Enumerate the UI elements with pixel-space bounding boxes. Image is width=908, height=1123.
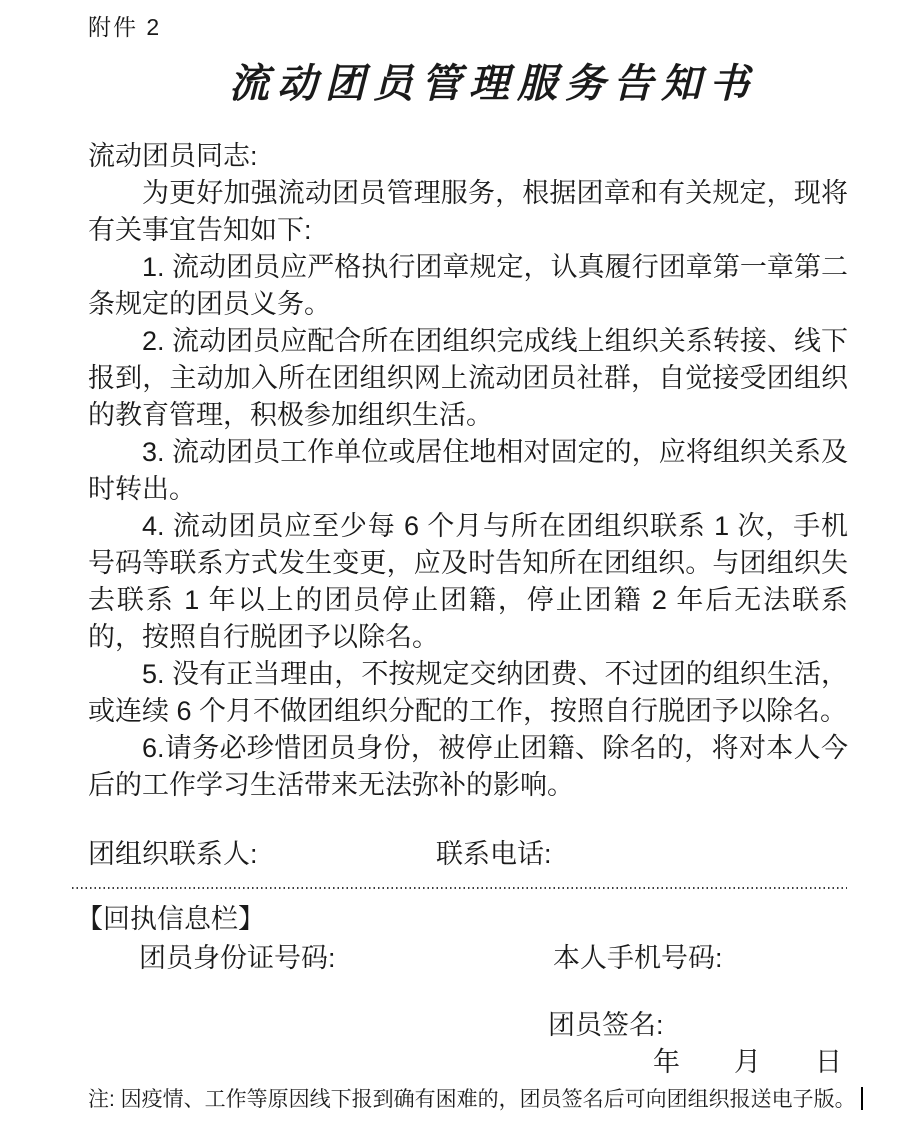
notice-item-2: 2. 流动团员应配合所在团组织完成线上组织关系转接、线下报到，主动加入所在团组织… — [88, 323, 848, 434]
document-title: 流动团员管理服务告知书 — [138, 58, 848, 110]
receipt-id-row: 团员身份证号码: 本人手机号码: — [88, 940, 848, 977]
footnote-text: 注: 因疫情、工作等原因线下报到确有困难的，团员签名后可向团组织报送电子版。 — [88, 1088, 856, 1111]
phone-label: 联系电话: — [436, 836, 552, 873]
document-page[interactable]: 附件 2 流动团员管理服务告知书 流动团员同志: 为更好加强流动团员管理服务，根… — [0, 0, 908, 1123]
notice-item-3: 3. 流动团员工作单位或居住地相对固定的，应将组织关系及时转出。 — [88, 434, 848, 508]
intro-paragraph: 为更好加强流动团员管理服务，根据团章和有关规定，现将有关事宜告知如下: — [88, 175, 848, 249]
footnote: 注: 因疫情、工作等原因线下报到确有困难的，团员签名后可向团组织报送电子版。 — [88, 1087, 848, 1113]
id-number-label: 团员身份证号码: — [139, 943, 336, 973]
mobile-number-label: 本人手机号码: — [553, 940, 723, 977]
attachment-label: 附件 2 — [88, 12, 848, 42]
contact-line: 团组织联系人: 联系电话: — [88, 836, 848, 873]
text-cursor — [861, 1087, 863, 1110]
signature-label: 团员签名: — [548, 1007, 848, 1044]
date-line: 年 月 日 — [88, 1044, 848, 1081]
receipt-section-title: 【回执信息栏】 — [76, 901, 848, 938]
salutation: 流动团员同志: — [88, 138, 848, 175]
notice-item-6: 6.请务必珍惜团员身份，被停止团籍、除名的，将对本人今后的工作学习生活带来无法弥… — [88, 730, 848, 804]
notice-item-1: 1. 流动团员应严格执行团章规定，认真履行团章第一章第二条规定的团员义务。 — [88, 249, 848, 323]
notice-item-5: 5. 没有正当理由，不按规定交纳团费、不过团的组织生活，或连续 6 个月不做团组… — [88, 656, 848, 730]
org-contact-label: 团组织联系人: — [88, 839, 258, 869]
notice-item-4: 4. 流动团员应至少每 6 个月与所在团组织联系 1 次，手机号码等联系方式发生… — [88, 508, 848, 656]
notice-body: 流动团员同志: 为更好加强流动团员管理服务，根据团章和有关规定，现将有关事宜告知… — [88, 138, 848, 804]
dotted-divider — [72, 887, 847, 889]
